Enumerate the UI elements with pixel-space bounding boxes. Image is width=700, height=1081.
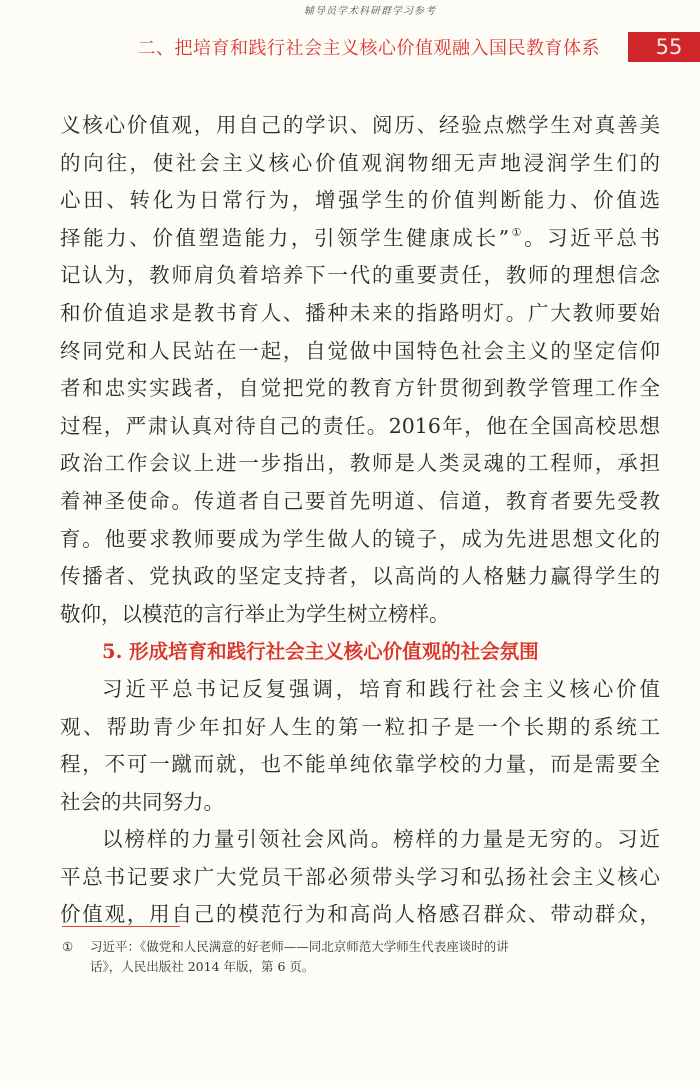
text-line: 价值观，用自己的模范行为和高尚人格感召群众、带动群众，: [60, 896, 660, 934]
chapter-title: 二、把培育和践行社会主义核心价值观融入国民教育体系: [138, 34, 601, 60]
body-text: 义核心价值观，用自己的学识、阅历、经验点燃学生对真善美 的向往，使社会主义核心价…: [60, 107, 660, 934]
text-line: 终同党和人民站在一起，自觉做中国特色社会主义的坚定信仰: [60, 333, 660, 371]
footnote-reference[interactable]: ①: [509, 226, 524, 239]
footnote-divider: [62, 926, 180, 927]
footnotes: ①习近平：《做党和人民满意的好老师——同北京师范大学师生代表座谈时的讲 话》，人…: [62, 937, 602, 977]
text-segment: 。习近平总书: [524, 226, 660, 250]
text-line: 过程，严肃认真对待自己的责任。2016年，他在全国高校思想: [60, 408, 660, 446]
text-line: 着神圣使命。传道者自己要首先明道、信道，教育者要先受教: [60, 483, 660, 521]
text-line: 心田、转化为日常行为，增强学生的价值判断能力、价值选: [60, 182, 660, 220]
text-line: 社会的共同努力。: [60, 784, 660, 822]
footnote-mark: ①: [62, 937, 90, 957]
text-segment: 择能力、价值塑造能力，引领学生健康成长”: [60, 226, 509, 250]
text-line: 政治工作会议上进一步指出，教师是人类灵魂的工程师，承担: [60, 445, 660, 483]
text-line: 义核心价值观，用自己的学识、阅历、经验点燃学生对真善美: [60, 107, 660, 145]
footnote-text-continued: 话》，人民出版社 2014 年版，第 6 页。: [62, 957, 602, 977]
footnote-text: 习近平：《做党和人民满意的好老师——同北京师范大学师生代表座谈时的讲: [90, 939, 509, 954]
text-line: 以榜样的力量引领社会风尚。榜样的力量是无穷的。习近: [60, 821, 660, 859]
text-line: 习近平总书记反复强调，培育和践行社会主义核心价值: [60, 671, 660, 709]
text-line: 观、帮助青少年扣好人生的第一粒扣子是一个长期的系统工: [60, 709, 660, 747]
text-line: 和价值追求是教书育人、播种未来的指路明灯。广大教师要始: [60, 295, 660, 333]
paragraph-3: 以榜样的力量引领社会风尚。榜样的力量是无穷的。习近 平总书记要求广大党员干部必须…: [60, 821, 660, 934]
text-line: 平总书记要求广大党员干部必须带头学习和弘扬社会主义核心: [60, 859, 660, 897]
text-line: 的向往，使社会主义核心价值观润物细无声地浸润学生们的: [60, 145, 660, 183]
paragraph-2: 习近平总书记反复强调，培育和践行社会主义核心价值 观、帮助青少年扣好人生的第一粒…: [60, 671, 660, 821]
page-number: 55: [628, 32, 700, 62]
paragraph-1: 义核心价值观，用自己的学识、阅历、经验点燃学生对真善美 的向往，使社会主义核心价…: [60, 107, 660, 633]
text-line: 记认为，教师肩负着培养下一代的重要责任，教师的理想信念: [60, 257, 660, 295]
running-head: 辅导员学术科研群学习参考: [0, 2, 700, 17]
text-line: 程，不可一蹴而就，也不能单纯依靠学校的力量，而是需要全: [60, 746, 660, 784]
footnote-item: ①习近平：《做党和人民满意的好老师——同北京师范大学师生代表座谈时的讲: [62, 937, 602, 957]
text-line-with-footnote: 择能力、价值塑造能力，引领学生健康成长”①。习近平总书: [60, 220, 660, 258]
text-line: 敬仰，以模范的言行举止为学生树立榜样。: [60, 596, 660, 634]
text-line: 育。他要求教师要成为学生做人的镜子，成为先进思想文化的: [60, 521, 660, 559]
section-heading: 5. 形成培育和践行社会主义核心价值观的社会氛围: [60, 633, 660, 671]
text-line: 传播者、党执政的坚定支持者，以高尚的人格魅力赢得学生的: [60, 558, 660, 596]
text-line: 者和忠实实践者，自觉把党的教育方针贯彻到教学管理工作全: [60, 370, 660, 408]
